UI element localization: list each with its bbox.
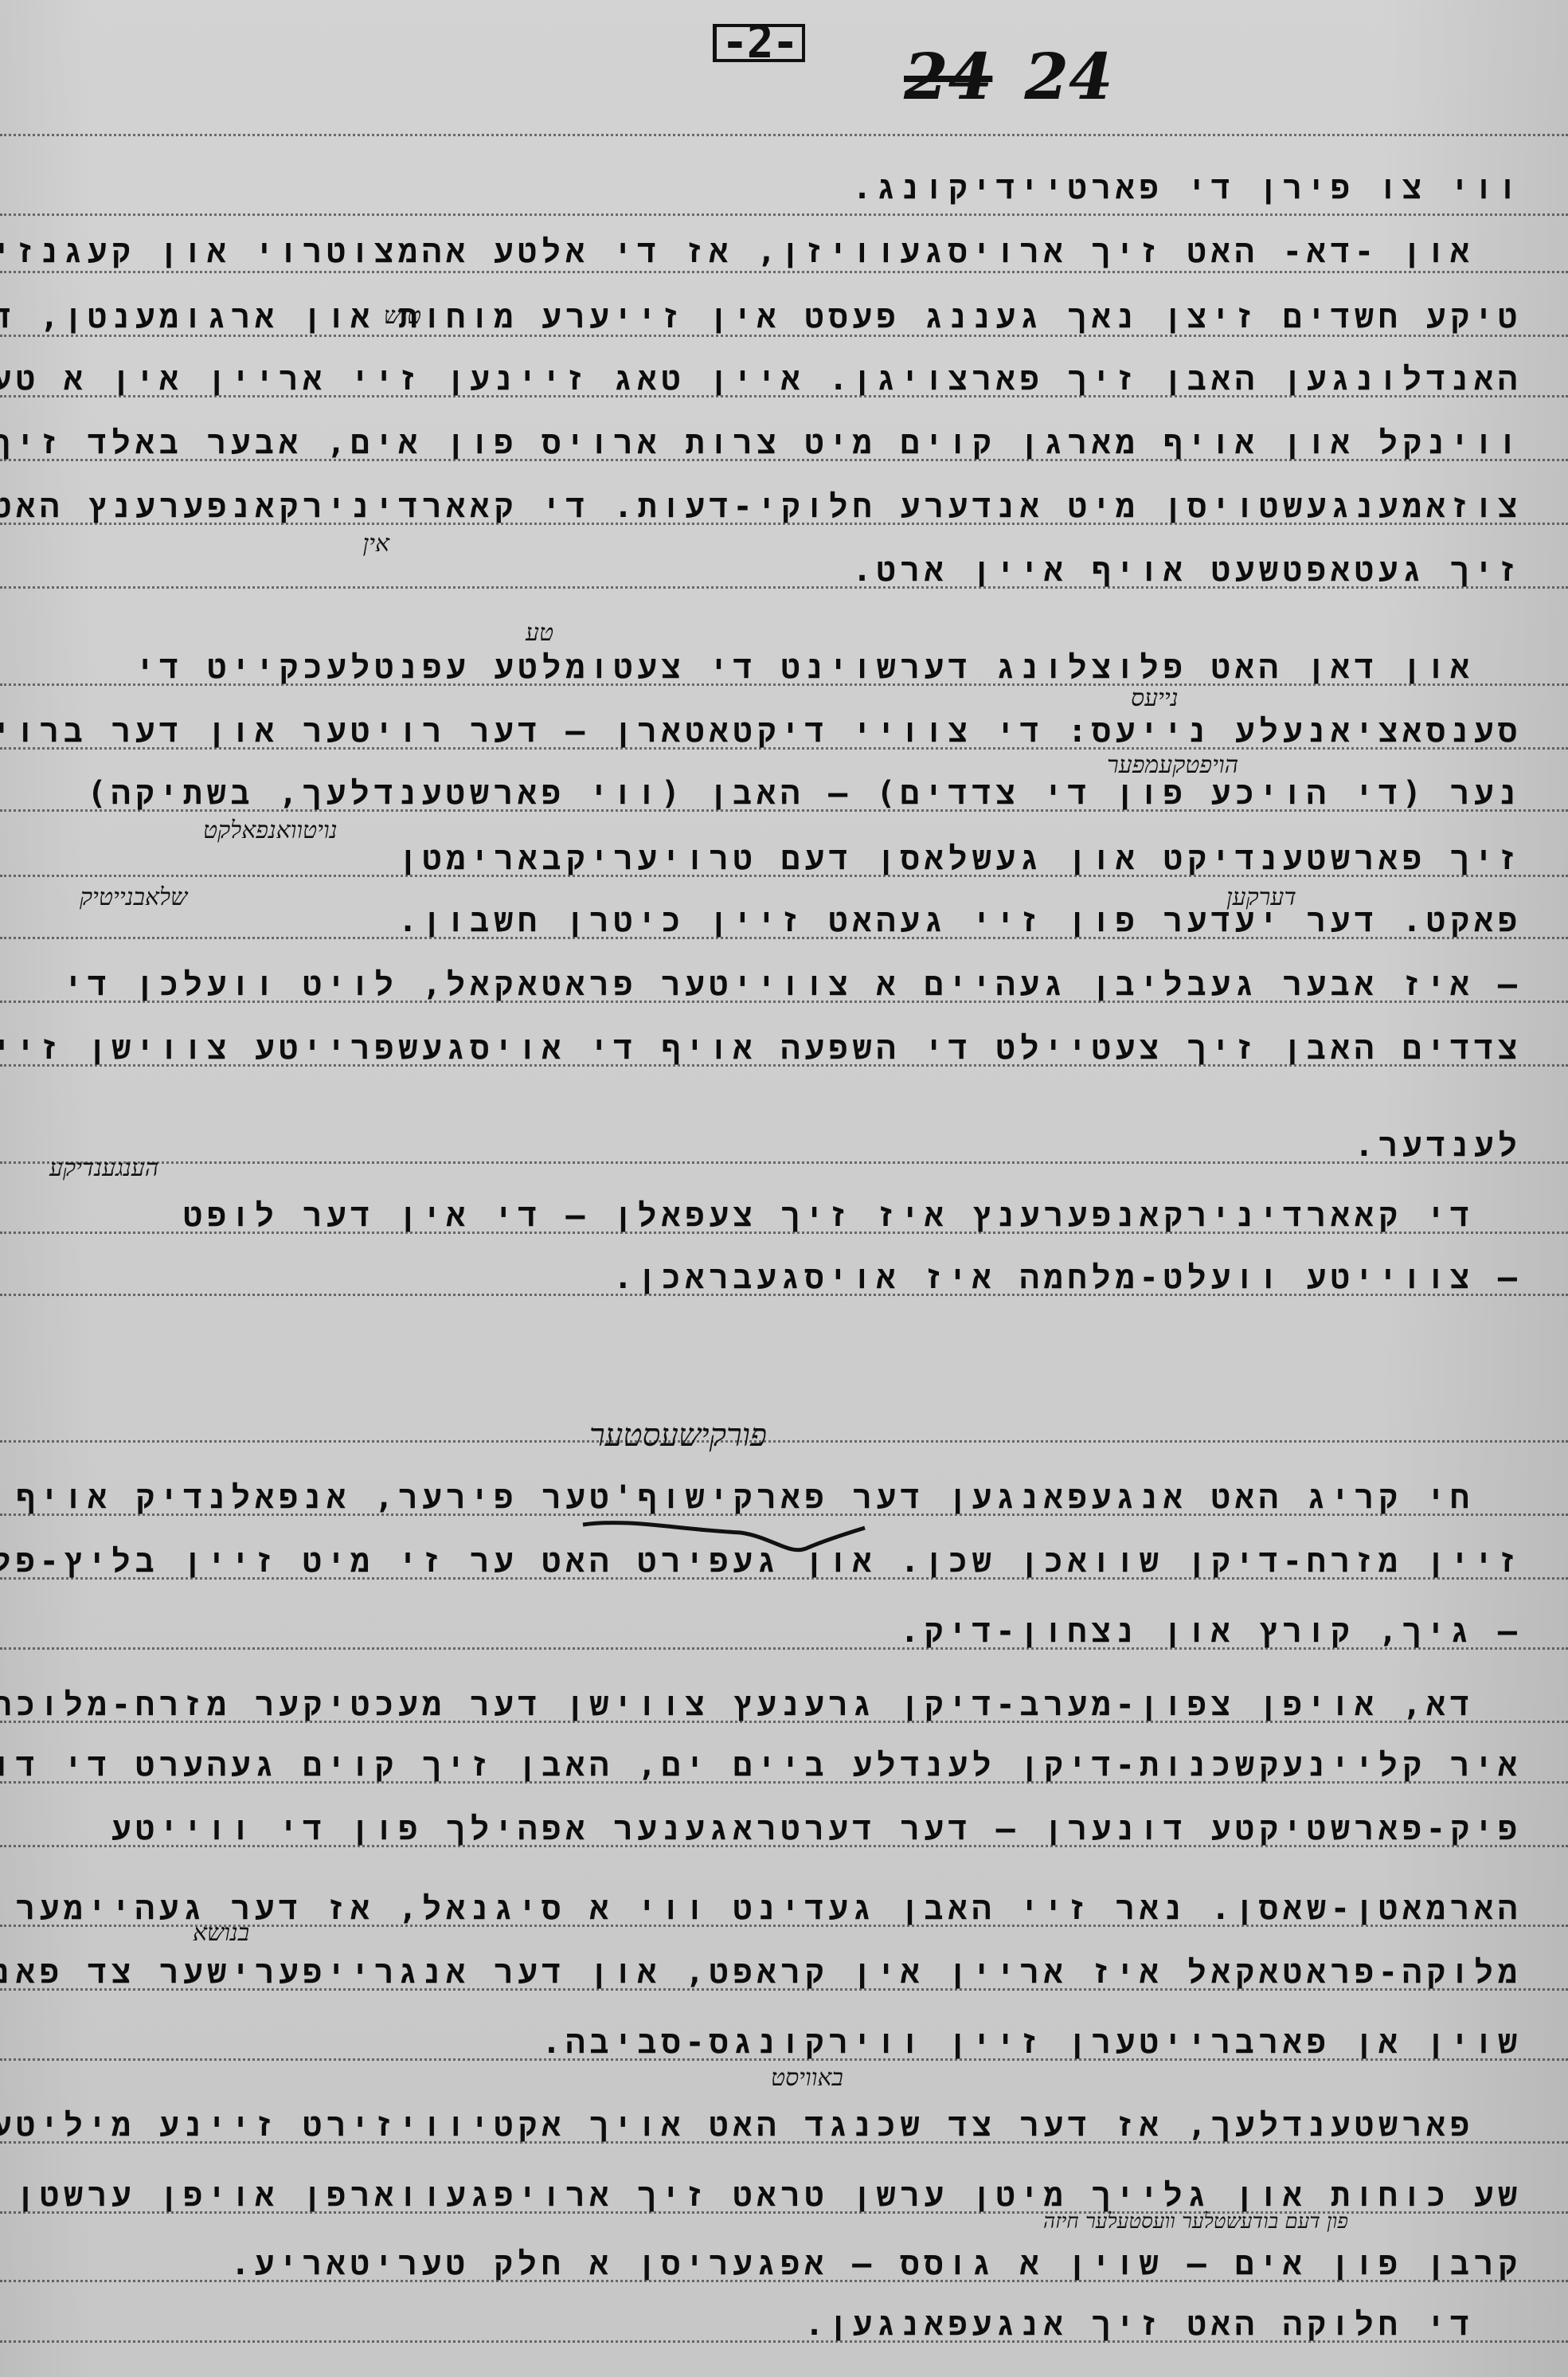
text-line: און -דא- האט זיך ארויסגעוויזן, אז די אלט… [0, 236, 1474, 268]
text-line: נער (די הויכע פון די צדדים) — האבן (ווי … [88, 777, 1522, 809]
text-line: די חלוקה האט זיך אנגעפאנגען. [805, 2308, 1475, 2340]
text-line: חי קריג האט אנגעפאנגען דער פארקישוף'טער … [16, 1482, 1474, 1514]
text-line: פיק-פארשטיקטע דונערן — דער דערטראגענער א… [111, 1813, 1522, 1845]
text-line: פארשטענדלעך, אז דער צד שכנגד האט אויך אק… [0, 2109, 1474, 2141]
text-line: ווינקל און אויף מארגן קוים מיט צרות ארוי… [0, 427, 1522, 459]
handwritten-annotation: שלאבנייטיק [80, 886, 187, 910]
struck-page-number: 24 [904, 39, 992, 114]
handwritten-annotation: הענגענדיקע [49, 1157, 158, 1181]
typed-page-number: -2- [713, 24, 805, 62]
document-page: -2- 2424 ווי צו פירן די פארטיידיקונג. או… [0, 0, 1568, 2377]
text-line: — צווייטע וועלט-מלחמה איז אויסגעבראכן. [613, 1262, 1522, 1294]
section-title: ווי צו פירן די פארטיידיקונג. [853, 172, 1523, 204]
text-line: זיך פארשטענדיקט און געשלאסן דעם טרויעריק… [398, 843, 1522, 875]
handwritten-annotation: באוויסט [771, 2066, 843, 2090]
handwritten-annotation: נייעס [1131, 687, 1179, 711]
text-line: זיין מזרח-דיקן שוואכן שכן. און געפירט הא… [0, 1545, 1522, 1577]
text-line: — איז אבער געבליבן געהיים א צווייטער פרא… [64, 969, 1522, 1001]
text-line: — גיך, קורץ און נצחון-דיק. [900, 1615, 1522, 1647]
text-line: זיך געטאפטשעט אויף איין ארט. [853, 554, 1523, 586]
text-line: דא, אויפן צפון-מערב-דיקן גרענעץ צווישן ד… [0, 1689, 1474, 1721]
handwritten-page-number: 2424 [904, 45, 1113, 108]
text-line: און דאן האט פלוצלונג דערשוינט די צעטומלט… [135, 652, 1474, 683]
handwritten-annotation: אין [362, 532, 389, 556]
page-number: 24 [1024, 39, 1112, 114]
handwritten-annotation: פון דעם בודעשטלער וועסטעלער חיזה [1043, 2211, 1348, 2232]
handwritten-annotation: נויטוואנפאלקט [203, 819, 337, 843]
text-line: שע כוחות און גלייך מיטן ערשן טראט זיך אר… [16, 2179, 1522, 2211]
text-line: טיקע חשדים זיצן נאך געננג פעסט אין זייער… [0, 301, 1522, 333]
text-line: סענסאציאנעלע נייעס: די צוויי דיקטאטארן —… [0, 715, 1522, 747]
text-line: פאקט. דער יעדער פון זיי געהאט זיין כיטרן… [398, 905, 1522, 937]
text-line: שוין אן פארברייטערן זיין ווירקונגס-סביבה… [542, 2027, 1522, 2058]
text-line: האנדלונגען האבן זיך פארצויגן. איין טאג ז… [0, 363, 1522, 395]
text-line: קרבן פון אים — שוין א גוסס — אפגעריסן א … [231, 2248, 1522, 2280]
text-line: איר קליינעקשכנות-דיקן לענדלע ביים ים, הא… [0, 1749, 1522, 1781]
text-line: לענדער. [1355, 1130, 1522, 1161]
handwritten-annotation: הויפטקעמפער [1107, 754, 1238, 777]
section-heading: פורקישעסטער [589, 1416, 767, 1454]
handwritten-annotation: טע [526, 621, 553, 645]
text-line: צוזאמענגעשטויסן מיט אנדערע חלוקי-דעות. ד… [0, 491, 1522, 523]
handwritten-annotation: בנושא [193, 1921, 249, 1945]
text-line: מלוקה-פראטאקאל איז אריין אין קראפט, און … [0, 1956, 1522, 1988]
text-line: די קאארדינירקאנפערענץ איז זיך צעפאלן — ד… [183, 1200, 1474, 1232]
text-line: צדדים האבן זיך צעטיילט די השפעה אויף די … [0, 1032, 1522, 1064]
